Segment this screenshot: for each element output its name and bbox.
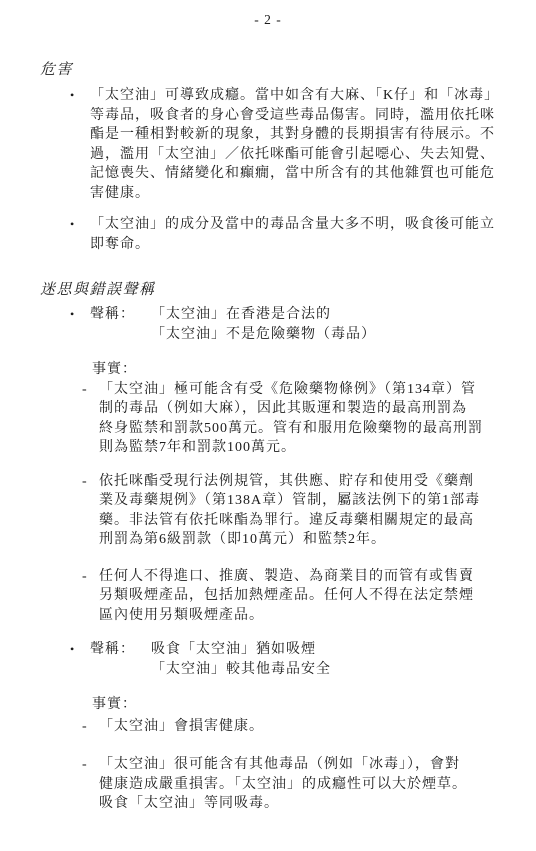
- fact-text: 「太空油」會損害健康。: [99, 717, 264, 737]
- section-heading-harm: 危害: [40, 61, 536, 79]
- bullet-icon: •: [70, 86, 90, 203]
- fact-text: 任何人不得進口、推廣、製造、為商業目的而管有或售賣 另類吸煙產品，包括加熱煙產品…: [99, 567, 474, 626]
- fact-item: - 「太空油」很可能含有其他毒品（例如「冰毒」），會對 健康造成嚴重損害。「太空…: [82, 755, 536, 814]
- claim-text: 吸食「太空油」猶如吸煙 「太空油」較其他毒品安全: [151, 640, 331, 679]
- document-page: - 2 - 危害 • 「太空油」可導致成癮。當中如含有大麻、「K仔」和「冰毒」 …: [0, 0, 536, 851]
- harm-bullet-text: 「太空油」可導致成癮。當中如含有大麻、「K仔」和「冰毒」 等毒品，吸食者的身心會…: [90, 86, 499, 203]
- section-heading-myths: 迷思與錯誤聲稱: [40, 281, 536, 299]
- harm-bullet-text: 「太空油」的成分及當中的毒品含量大多不明，吸食後可能立 即奪命。: [90, 215, 495, 254]
- fact-label: 事實：: [92, 360, 536, 380]
- dash-icon: -: [82, 717, 99, 737]
- fact-item: - 依托咪酯受現行法例規管，其供應、貯存和使用受《藥劑 業及毒藥規例》（第138…: [82, 472, 536, 550]
- claim-row: • 聲稱： 「太空油」在香港是合法的 「太空油」不是危險藥物（毒品）: [70, 305, 536, 344]
- fact-item: - 任何人不得進口、推廣、製造、為商業目的而管有或售賣 另類吸煙產品，包括加熱煙…: [82, 567, 536, 626]
- claim-text: 「太空油」在香港是合法的 「太空油」不是危險藥物（毒品）: [151, 305, 376, 344]
- claim-label: 聲稱：: [90, 640, 151, 679]
- dash-icon: -: [82, 567, 99, 626]
- fact-item: - 「太空油」極可能含有受《危險藥物條例》（第134章）管 制的毒品（例如大麻）…: [82, 380, 536, 458]
- claim-row: • 聲稱： 吸食「太空油」猶如吸煙 「太空油」較其他毒品安全: [70, 640, 536, 679]
- harm-bullet-item: • 「太空油」可導致成癮。當中如含有大麻、「K仔」和「冰毒」 等毒品，吸食者的身…: [70, 86, 536, 203]
- fact-text: 「太空油」很可能含有其他毒品（例如「冰毒」），會對 健康造成嚴重損害。「太空油」…: [99, 755, 467, 814]
- dash-icon: -: [82, 380, 99, 458]
- fact-item: - 「太空油」會損害健康。: [82, 717, 536, 737]
- fact-text: 「太空油」極可能含有受《危險藥物條例》（第134章）管 制的毒品（例如大麻），因…: [99, 380, 483, 458]
- bullet-icon: •: [70, 305, 90, 344]
- dash-icon: -: [82, 755, 99, 814]
- dash-icon: -: [82, 472, 99, 550]
- page-number: - 2 -: [0, 0, 536, 27]
- claim-label: 聲稱：: [90, 305, 151, 344]
- harm-bullet-item: • 「太空油」的成分及當中的毒品含量大多不明，吸食後可能立 即奪命。: [70, 215, 536, 254]
- bullet-icon: •: [70, 215, 90, 254]
- fact-label: 事實：: [92, 695, 536, 715]
- bullet-icon: •: [70, 640, 90, 679]
- fact-text: 依托咪酯受現行法例規管，其供應、貯存和使用受《藥劑 業及毒藥規例》（第138A章…: [99, 472, 480, 550]
